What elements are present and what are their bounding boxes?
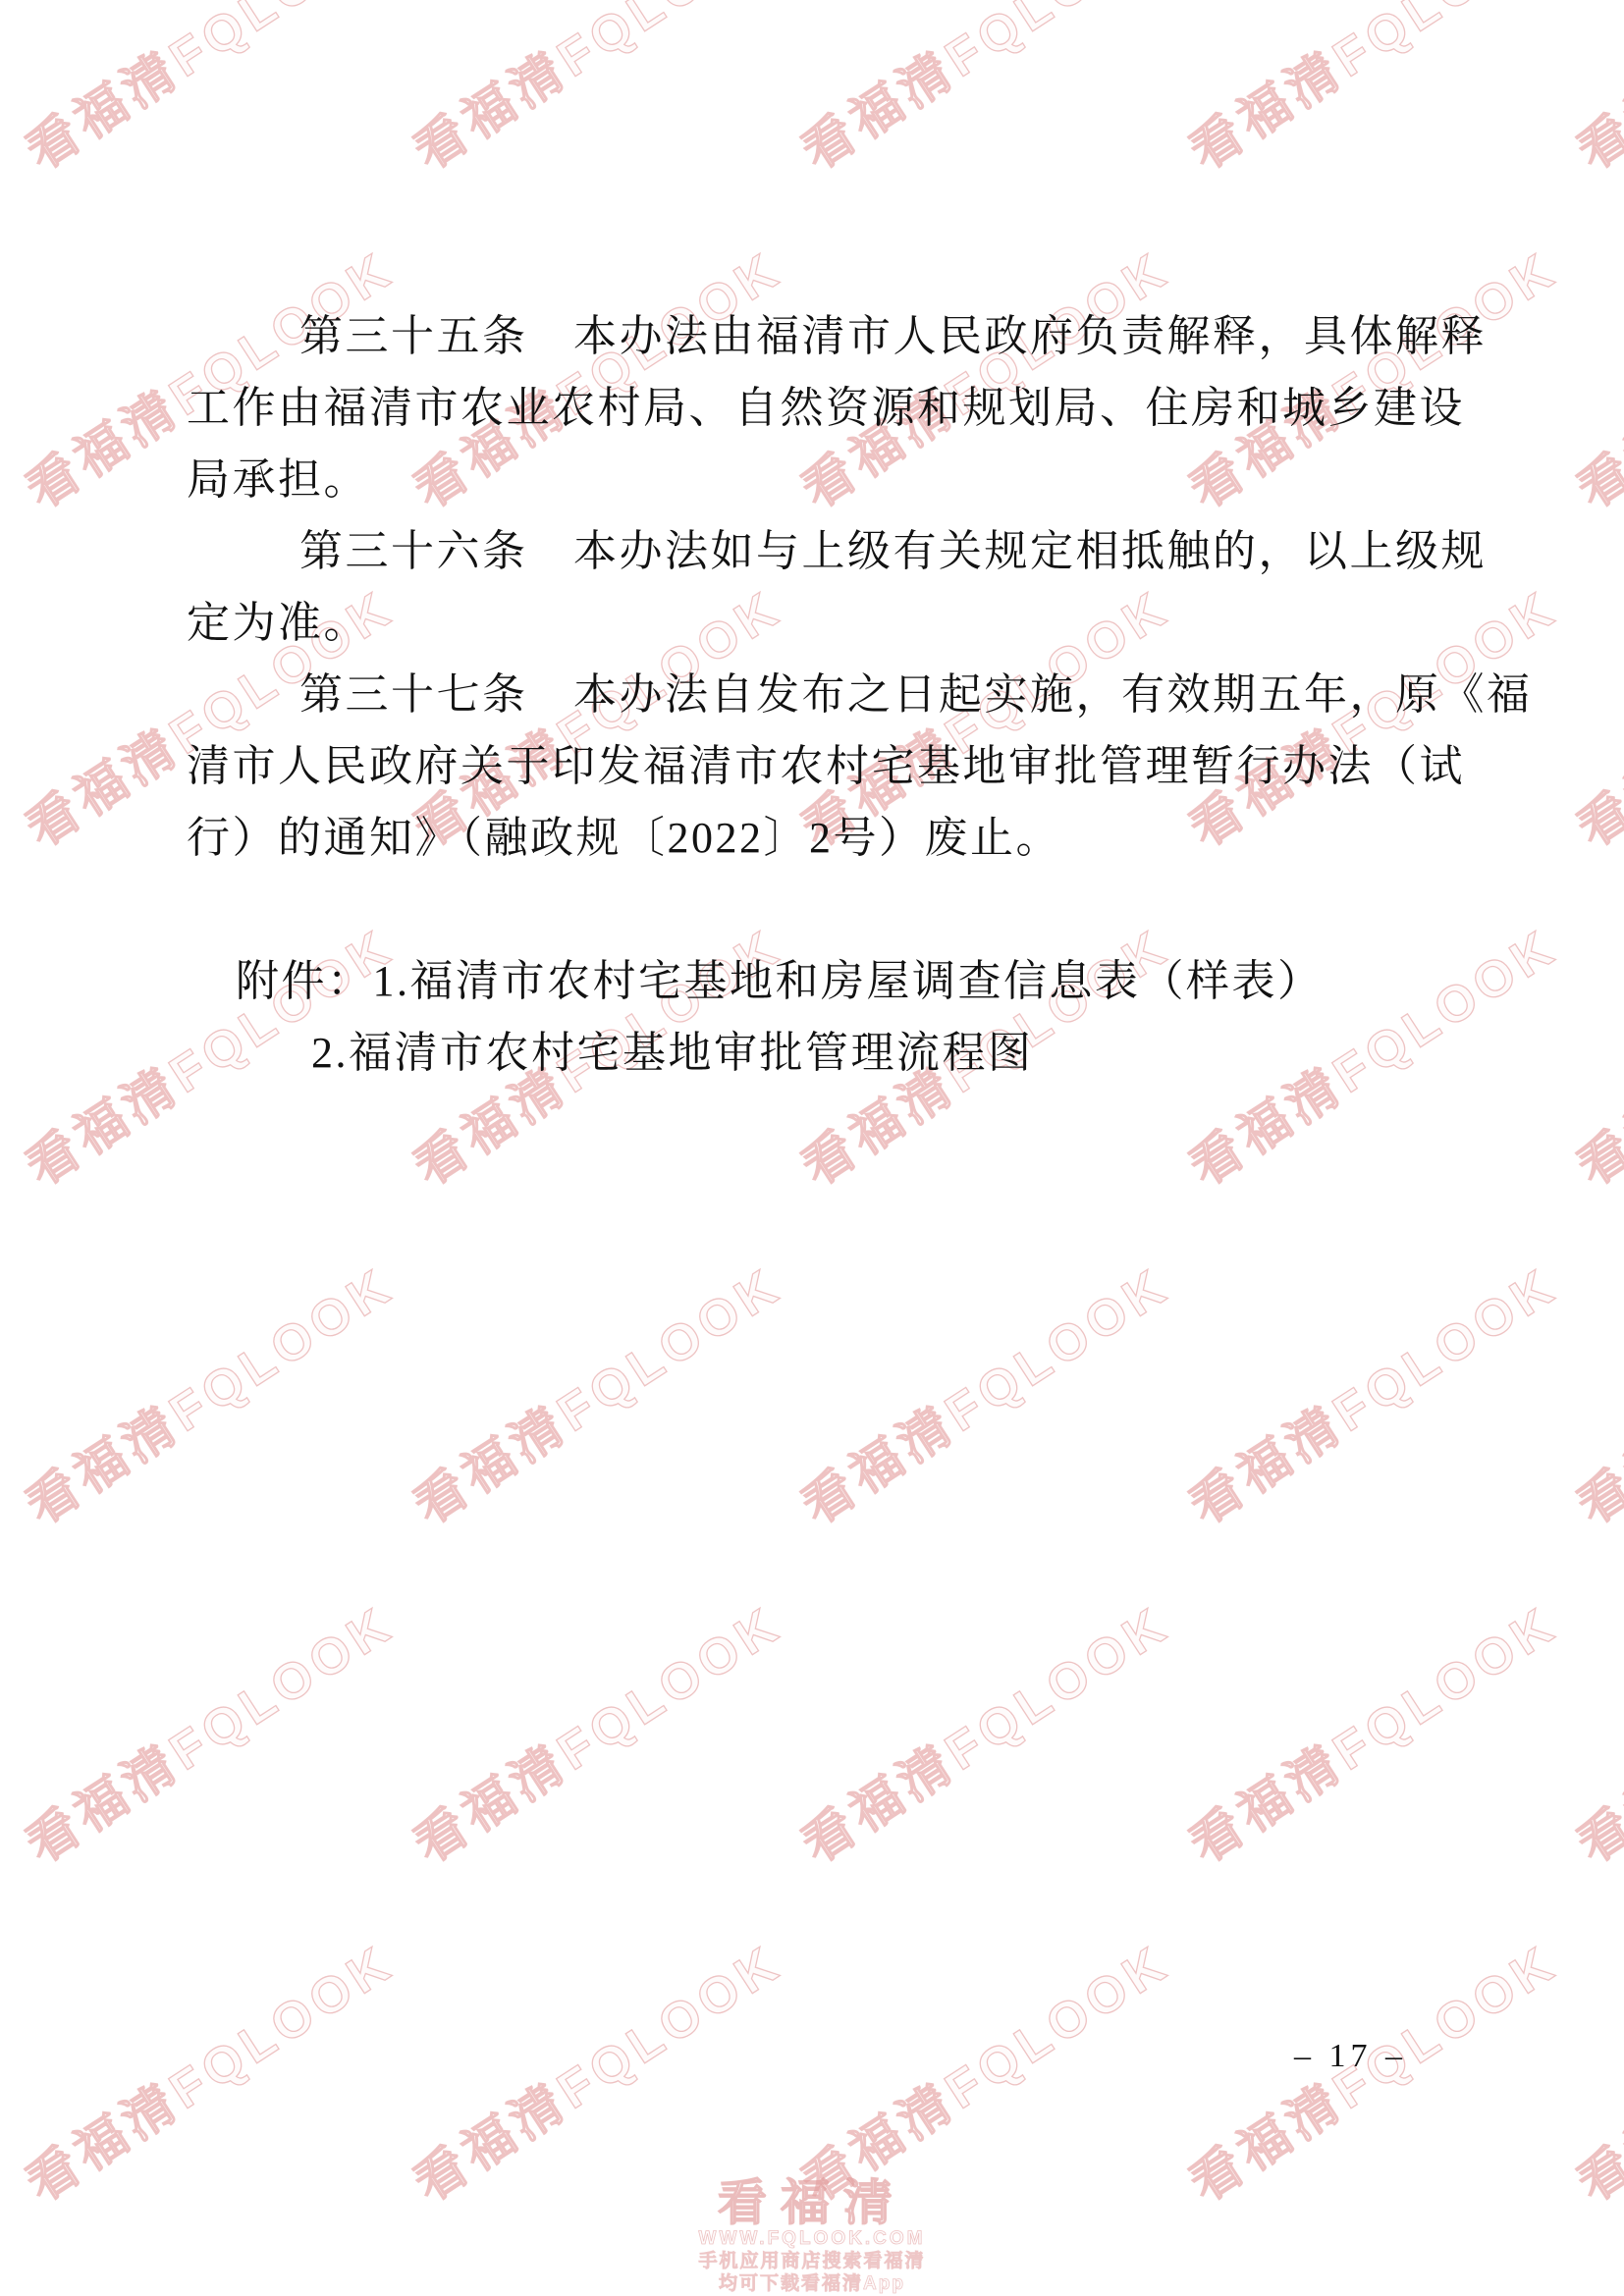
fqlook-logo-watermark: 看福清 WWW.FQLOOK.COM 手机应用商店搜索看福清 均可下载看福清Ap… [698,2177,925,2295]
page-number: – 17 – [1294,2038,1407,2075]
document-body: 第三十五条 本办法由福清市人民政府负责解释，具体解释 工作由福清市农业农村局、自… [187,300,1448,1089]
attachment-item-2: 2.福清市农村宅基地审批管理流程图 [187,1017,1448,1089]
watermark-tile: 看福清FQLOOK [398,1246,794,1538]
article-35-line-3: 局承担。 [187,444,1448,515]
watermark-tile: 看福清FQLOOK [1561,907,1624,1200]
watermark-tile: 看福清FQLOOK [1561,1923,1624,2216]
article-37-line-2: 清市人民政府关于印发福清市农村宅基地审批管理暂行办法（试 [187,730,1448,802]
watermark-tile: 看福清FQLOOK [10,1923,406,2216]
article-35-line-2: 工作由福清市农业农村局、自然资源和规划局、住房和城乡建设 [187,372,1448,444]
watermark-tile: 看福清FQLOOK [398,1923,794,2216]
article-36-line-2: 定为准。 [187,587,1448,659]
watermark-tile: 看福清FQLOOK [10,1246,406,1538]
article-37-line-1: 第三十七条 本办法自发布之日起实施，有效期五年，原《福 [187,659,1448,730]
watermark-tile: 看福清FQLOOK [1173,1584,1570,1877]
article-35-line-1: 第三十五条 本办法由福清市人民政府负责解释，具体解释 [187,300,1448,372]
watermark-tile: 看福清FQLOOK [1561,0,1624,184]
watermark-logo-url: WWW.FQLOOK.COM [698,2228,925,2250]
watermark-logo-caption-1: 手机应用商店搜索看福清 [698,2250,925,2272]
watermark-tile: 看福清FQLOOK [1561,568,1624,861]
watermark-tile: 看福清FQLOOK [10,1584,406,1877]
watermark-tile: 看福清FQLOOK [1561,1246,1624,1538]
attachment-item-1: 附件：1.福清市农村宅基地和房屋调查信息表（样表） [187,945,1448,1017]
watermark-tile: 看福清FQLOOK [398,1584,794,1877]
blank-line [187,874,1448,945]
watermark-tile: 看福清FQLOOK [785,1584,1182,1877]
watermark-logo-caption-2: 均可下载看福清App [698,2272,925,2295]
watermark-tile: 看福清FQLOOK [785,1923,1182,2216]
article-36-line-1: 第三十六条 本办法如与上级有关规定相抵触的，以上级规 [187,515,1448,587]
watermark-tile: 看福清FQLOOK [785,0,1182,184]
watermark-tile: 看福清FQLOOK [785,1246,1182,1538]
watermark-logo-title: 看福清 [698,2177,925,2228]
watermark-tile: 看福清FQLOOK [1173,0,1570,184]
watermark-tile: 看福清FQLOOK [1561,1584,1624,1877]
watermark-tile: 看福清FQLOOK [398,0,794,184]
watermark-tile: 看福清FQLOOK [10,0,406,184]
watermark-tile: 看福清FQLOOK [1173,1246,1570,1538]
watermark-tile: 看福清FQLOOK [1561,230,1624,522]
article-37-line-3: 行）的通知》（融政规〔2022〕2号）废止。 [187,802,1448,874]
document-page: 看福清FQLOOK看福清FQLOOK看福清FQLOOK看福清FQLOOK看福清F… [0,0,1624,2296]
